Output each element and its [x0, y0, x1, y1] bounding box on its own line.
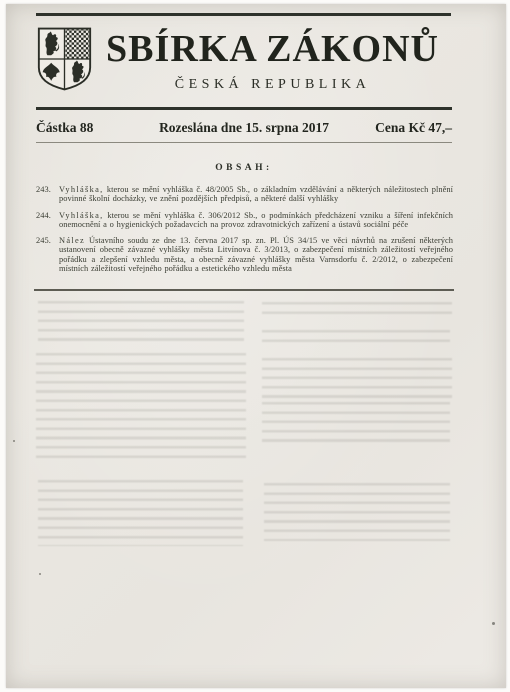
toc-item-text: kterou se mění vyhláška č. 48/2005 Sb., … — [59, 185, 453, 203]
contents-heading: OBSAH: — [36, 163, 452, 173]
publication-title: SBÍRKA ZÁKONŮ — [93, 30, 452, 68]
toc-item-lead: Vyhláška, — [59, 211, 104, 220]
issue-bar: Částka 88 Rozeslána dne 15. srpna 2017 C… — [36, 120, 452, 136]
toc-item-lead: Vyhláška, — [59, 185, 104, 194]
bleed-through-text — [262, 330, 450, 348]
table-of-contents: 243.Vyhláška, kterou se mění vyhláška č.… — [36, 185, 453, 280]
bleed-through-text — [262, 358, 452, 398]
toc-item-text: kterou se mění vyhláška č. 306/2012 Sb.,… — [59, 211, 453, 229]
bleed-through-text — [262, 402, 450, 448]
dust-speck — [39, 573, 41, 575]
bleed-through-text — [38, 480, 243, 546]
toc-item-number: 245. — [36, 236, 51, 245]
bleed-through-text — [36, 353, 246, 461]
toc-item-number: 243. — [36, 185, 51, 194]
bleed-through-text — [38, 301, 244, 345]
toc-item-245: 245.Nález Ústavního soudu ze dne 13. čer… — [36, 236, 453, 272]
price: Cena Kč 47,– — [329, 120, 452, 136]
bleed-through-text — [264, 483, 450, 541]
toc-item-243: 243.Vyhláška, kterou se mění vyhláška č.… — [36, 185, 453, 203]
masthead: SBÍRKA ZÁKONŮ ČESKÁ REPUBLIKA — [93, 30, 452, 93]
divider-rule-contents-bottom — [34, 289, 454, 291]
divider-rule-masthead — [36, 107, 452, 110]
czech-coat-of-arms-icon — [36, 25, 93, 93]
dust-speck — [492, 622, 495, 625]
distribution-date: Rozeslána dne 15. srpna 2017 — [159, 120, 329, 136]
divider-rule-issue — [36, 142, 452, 143]
toc-item-lead: Nález — [59, 236, 85, 245]
toc-item-number: 244. — [36, 211, 51, 220]
scanned-page: SBÍRKA ZÁKONŮ ČESKÁ REPUBLIKA Částka 88 … — [0, 0, 510, 692]
toc-item-244: 244.Vyhláška, kterou se mění vyhláška č.… — [36, 211, 453, 229]
divider-rule-top — [36, 13, 451, 16]
toc-item-text: Ústavního soudu ze dne 13. června 2017 s… — [59, 236, 453, 272]
publication-subtitle: ČESKÁ REPUBLIKA — [93, 77, 452, 93]
dust-speck — [13, 440, 15, 442]
issue-number: Částka 88 — [36, 120, 159, 136]
bleed-through-text — [262, 302, 452, 318]
